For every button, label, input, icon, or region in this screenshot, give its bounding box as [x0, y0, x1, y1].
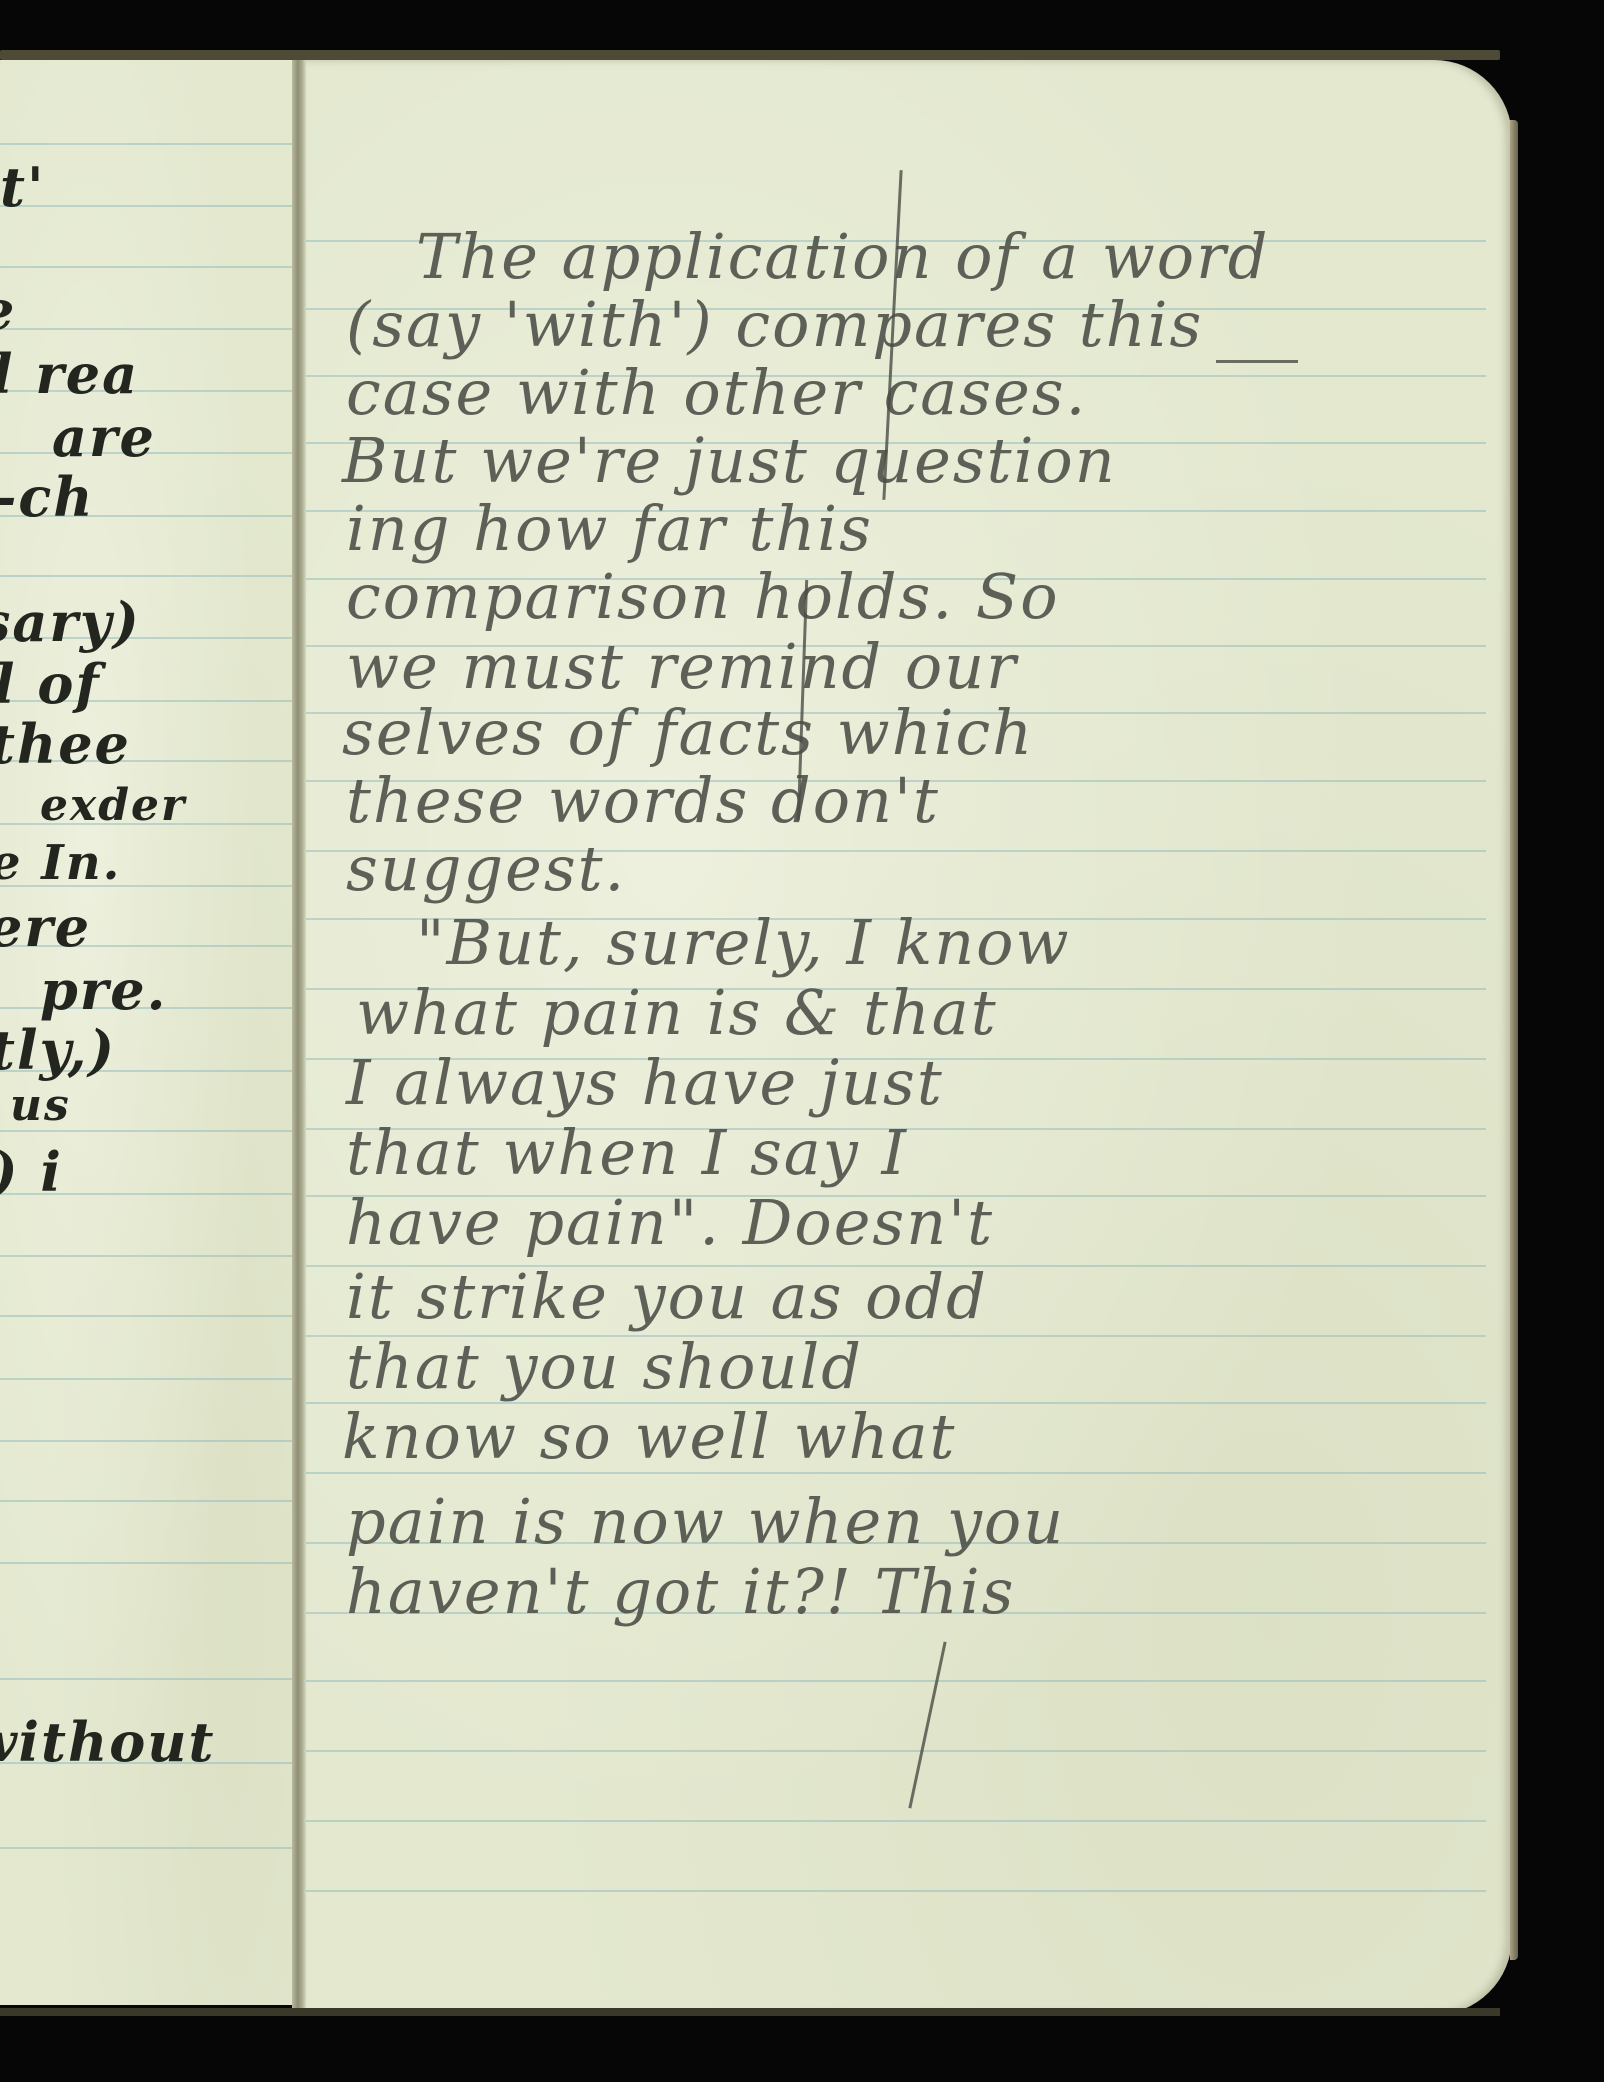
handwriting-line: The application of a word	[416, 220, 1269, 293]
handwriting-fragment: l of	[0, 652, 101, 716]
ruling-line	[0, 1562, 292, 1564]
handwriting-fragment: sary)	[0, 590, 141, 654]
left-page: t' e l rea are -ch sary) l of thee exder…	[0, 60, 293, 2005]
handwriting-line: that when I say I	[346, 1116, 908, 1189]
cover-edge-bottom	[0, 2008, 1500, 2016]
handwriting-line: know so well what	[342, 1400, 956, 1473]
ruling-line	[306, 1680, 1486, 1682]
ruling-line	[0, 1678, 292, 1680]
handwriting-line: case with other cases.	[346, 356, 1087, 429]
handwriting-line: have pain". Doesn't	[346, 1186, 994, 1259]
cover-edge-top	[0, 50, 1500, 60]
ruling-line	[0, 1500, 292, 1502]
ruling-line	[0, 1847, 292, 1849]
handwriting-fragment: ) i	[0, 1140, 63, 1204]
underline-mark	[1216, 360, 1298, 363]
notebook-spread: t' e l rea are -ch sary) l of thee exder…	[0, 0, 1604, 2082]
handwriting-line: "But, surely, I know	[416, 906, 1071, 979]
handwriting-fragment: exder	[40, 780, 186, 831]
handwriting-line: suggest.	[346, 832, 626, 905]
ruling-line	[0, 1378, 292, 1380]
handwriting-fragment: -ch	[0, 465, 95, 529]
handwriting-line: selves of facts which	[342, 696, 1034, 769]
handwriting-fragment: e	[0, 278, 16, 342]
ruling-line	[0, 1255, 292, 1257]
handwriting-fragment: t'	[0, 155, 45, 219]
handwriting-fragment: pre.	[40, 958, 167, 1022]
handwriting-line: that you should	[346, 1330, 863, 1403]
ruling-line	[0, 328, 292, 330]
handwriting-line: But we're just question	[342, 424, 1117, 497]
ruling-line	[0, 1440, 292, 1442]
handwriting-fragment: thee	[0, 712, 131, 776]
handwriting-line: it strike you as odd	[346, 1260, 988, 1333]
handwriting-fragment: l rea	[0, 342, 139, 406]
handwriting-line: pain is now when you	[346, 1485, 1065, 1558]
ruling-line	[0, 143, 292, 145]
handwriting-fragment: tly,)	[0, 1018, 116, 1082]
handwriting-line: (say 'with') compares this	[346, 288, 1203, 361]
pencil-stroke	[908, 1642, 946, 1809]
handwriting-fragment: us	[10, 1080, 71, 1131]
handwriting-line: I always have just	[346, 1046, 944, 1119]
handwriting-line: haven't got it?! This	[346, 1555, 1015, 1628]
ruling-line	[306, 1750, 1486, 1752]
handwriting-line: what pain is & that	[356, 976, 998, 1049]
handwriting-line: we must remind our	[346, 630, 1018, 703]
handwriting-fragment: e In.	[0, 835, 121, 891]
ruling-line	[0, 1315, 292, 1317]
handwriting-line: ing how far this	[346, 492, 873, 565]
ruling-line	[0, 575, 292, 577]
handwriting-line: these words don't	[346, 764, 940, 837]
handwriting-fragment: without	[0, 1710, 215, 1774]
handwriting-fragment: ere	[0, 895, 91, 959]
page-edge-shadow	[1510, 120, 1518, 1960]
ruling-line	[306, 1890, 1486, 1892]
binding-gutter	[292, 60, 306, 2008]
ruling-line	[306, 1820, 1486, 1822]
right-page: The application of a word (say 'with') c…	[306, 60, 1512, 2015]
ruling-line	[0, 266, 292, 268]
handwriting-fragment: are	[52, 405, 156, 469]
handwriting-line: comparison holds. So	[346, 560, 1060, 633]
